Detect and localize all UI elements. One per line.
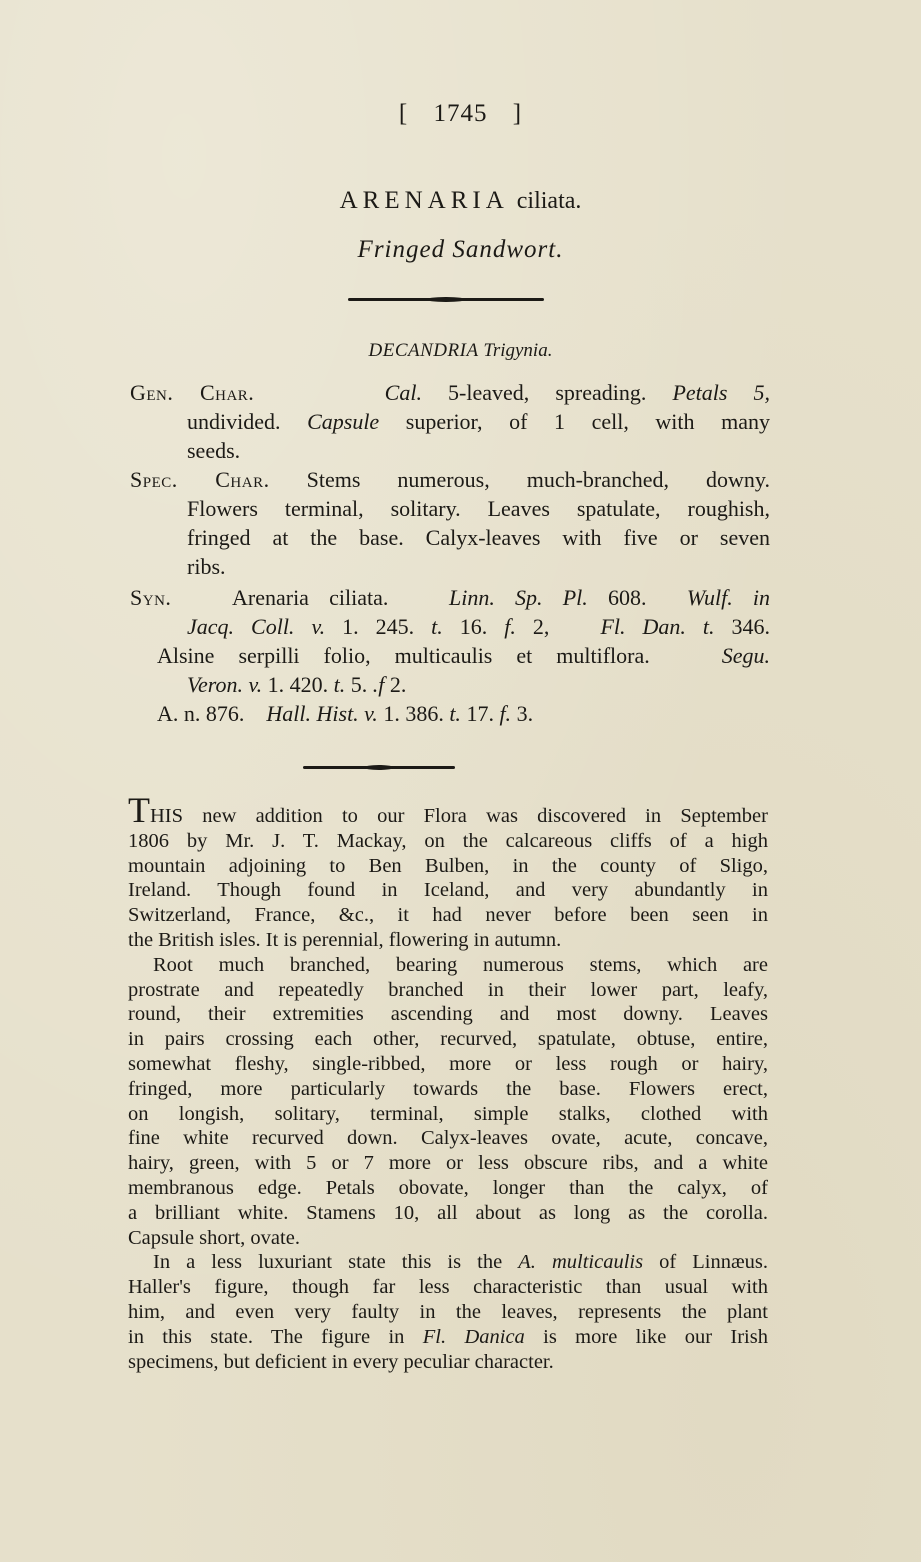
text-italic: Jacq. Coll. v. [187,614,325,639]
spec-line-2: Flowers terminal, solitary. Leaves spatu… [130,494,770,523]
para1-line: the British isles. It is perennial, flow… [128,928,768,953]
ornamental-rule [303,766,455,769]
text-italic: .f [373,672,385,697]
text: is more like our Irish [525,1326,768,1348]
dropcap: T [128,790,150,830]
text-italic: Wulf. in [687,585,770,610]
text: Stems numerous, much-branched, downy. [307,467,770,492]
text: In a less luxuriant state this is the [153,1251,518,1273]
text-italic: t. [431,614,443,639]
text-italic: Segu. [722,643,770,668]
plate-number: [ 1745 ] [0,100,921,128]
text-italic: Hall. Hist. v. [266,701,377,726]
text-italic: f. [499,701,511,726]
text: 346. [715,614,771,639]
text: undivided. [187,409,307,434]
generic-character: Gen. Char. Cal. 5-leaved, spreading. Pet… [130,378,770,465]
text: 1. 245. [325,614,431,639]
text: in this state. The figure in [128,1326,423,1348]
para2-line: in pairs crossing each other, recurved, … [128,1027,768,1052]
text-italic: t. [334,672,346,697]
text-italic: Fl. Danica [423,1326,525,1348]
text-italic: Petals 5, [672,380,770,405]
para1-line: 1806 by Mr. J. T. Mackay, on the calcare… [128,829,768,854]
text: Arenaria ciliata. [232,585,388,610]
description: THIS new addition to our Flora was disco… [128,800,768,1374]
gen-line-2: undivided. Capsule superior, of 1 cell, … [130,407,770,436]
para2-line: somewhat fleshy, single-ribbed, more or … [128,1052,768,1077]
specific-character: Spec. Char. Stems numerous, much-branche… [130,465,770,581]
para3-line-4: in this state. The figure in Fl. Danica … [128,1325,768,1350]
syn-line-3: Alsine serpilli folio, multicaulis et mu… [130,641,770,670]
text-italic: Capsule [307,409,379,434]
para2-line: prostrate and repeatedly branched in the… [128,978,768,1003]
text-italic: Cal. [385,380,422,405]
gen-char-label: Gen. Char. [130,380,254,405]
text: 3. [511,701,533,726]
para2-line: a brilliant white. Stamens 10, all about… [128,1201,768,1226]
text: 2, [516,614,567,639]
text-italic: Veron. v. [187,672,262,697]
linnaean-classification: DECANDRIA Trigynia. [0,340,921,362]
book-page: [ 1745 ] ARENARIAciliata. Fringed Sandwo… [0,0,921,1562]
para2-line: Root much branched, bearing numerous ste… [128,953,768,978]
synonyms: Syn. Arenaria ciliata. Linn. Sp. Pl. 608… [130,583,770,728]
text: HIS new addition to our Flora was discov… [150,805,768,827]
para2-line: Capsule short, ovate. [128,1226,768,1251]
gen-line-1: Gen. Char. Cal. 5-leaved, spreading. Pet… [130,378,770,407]
ornamental-rule [348,298,544,301]
class-name: DECANDRIA [369,340,479,361]
spec-line-4: ribs. [130,552,770,581]
text: 16. [443,614,505,639]
text: 1. 386. [378,701,450,726]
para1-line: Ireland. Though found in Iceland, and ve… [128,878,768,903]
text-italic: A. multicaulis [518,1251,643,1273]
text: Alsine serpilli folio, multicaulis et mu… [157,643,650,668]
text: 17. [461,701,500,726]
text: 608. [588,585,667,610]
para3-line-1: In a less luxuriant state this is the A.… [128,1250,768,1275]
para3-line: him, and even very faulty in the leaves,… [128,1300,768,1325]
text-italic: f. [504,614,516,639]
syn-line-1: Syn. Arenaria ciliata. Linn. Sp. Pl. 608… [130,583,770,612]
text: 5. [345,672,373,697]
syn-label: Syn. [130,585,171,610]
text: 1. 420. [262,672,334,697]
genus-name: ARENARIA [340,187,509,214]
syn-line-4: Veron. v. 1. 420. t. 5. .f 2. [130,670,770,699]
common-name: Fringed Sandwort. [0,236,921,264]
para2-line: hairy, green, with 5 or 7 more or less o… [128,1151,768,1176]
syn-line-2: Jacq. Coll. v. 1. 245. t. 16. f. 2, Fl. … [130,612,770,641]
text: superior, of 1 cell, with many [379,409,770,434]
para3-line: Haller's figure, though far less charact… [128,1275,768,1300]
para3-line: specimens, but deficient in every peculi… [128,1350,768,1375]
para2-line: membranous edge. Petals obovate, longer … [128,1176,768,1201]
species-epithet: ciliata. [517,188,582,214]
text-italic: t. [449,701,461,726]
text: of Linnæus. [643,1251,768,1273]
species-title: ARENARIAciliata. [0,185,921,215]
spec-line-3: fringed at the base. Calyx-leaves with f… [130,523,770,552]
para2-line: on longish, solitary, terminal, simple s… [128,1102,768,1127]
text-italic: Linn. Sp. Pl. [449,585,588,610]
text: A. n. 876. [157,701,244,726]
para2-line: round, their extremities ascending and m… [128,1002,768,1027]
text: 2. [384,672,406,697]
order-name: Trigynia. [483,340,552,361]
spec-char-label: Spec. Char. [130,467,270,492]
text: 5-leaved, spreading. [422,380,672,405]
text-italic: Fl. Dan. t. [600,614,714,639]
spec-line-1: Spec. Char. Stems numerous, much-branche… [130,465,770,494]
para1-line: Switzerland, France, &c., it had never b… [128,903,768,928]
para2-line: fringed, more particularly towards the b… [128,1077,768,1102]
gen-line-3: seeds. [130,436,770,465]
para1-line-1: THIS new addition to our Flora was disco… [128,800,768,829]
syn-line-5: A. n. 876. Hall. Hist. v. 1. 386. t. 17.… [130,699,770,728]
para2-line: fine white recurved down. Calyx-leaves o… [128,1126,768,1151]
para1-line: mountain adjoining to Ben Bulben, in the… [128,854,768,879]
